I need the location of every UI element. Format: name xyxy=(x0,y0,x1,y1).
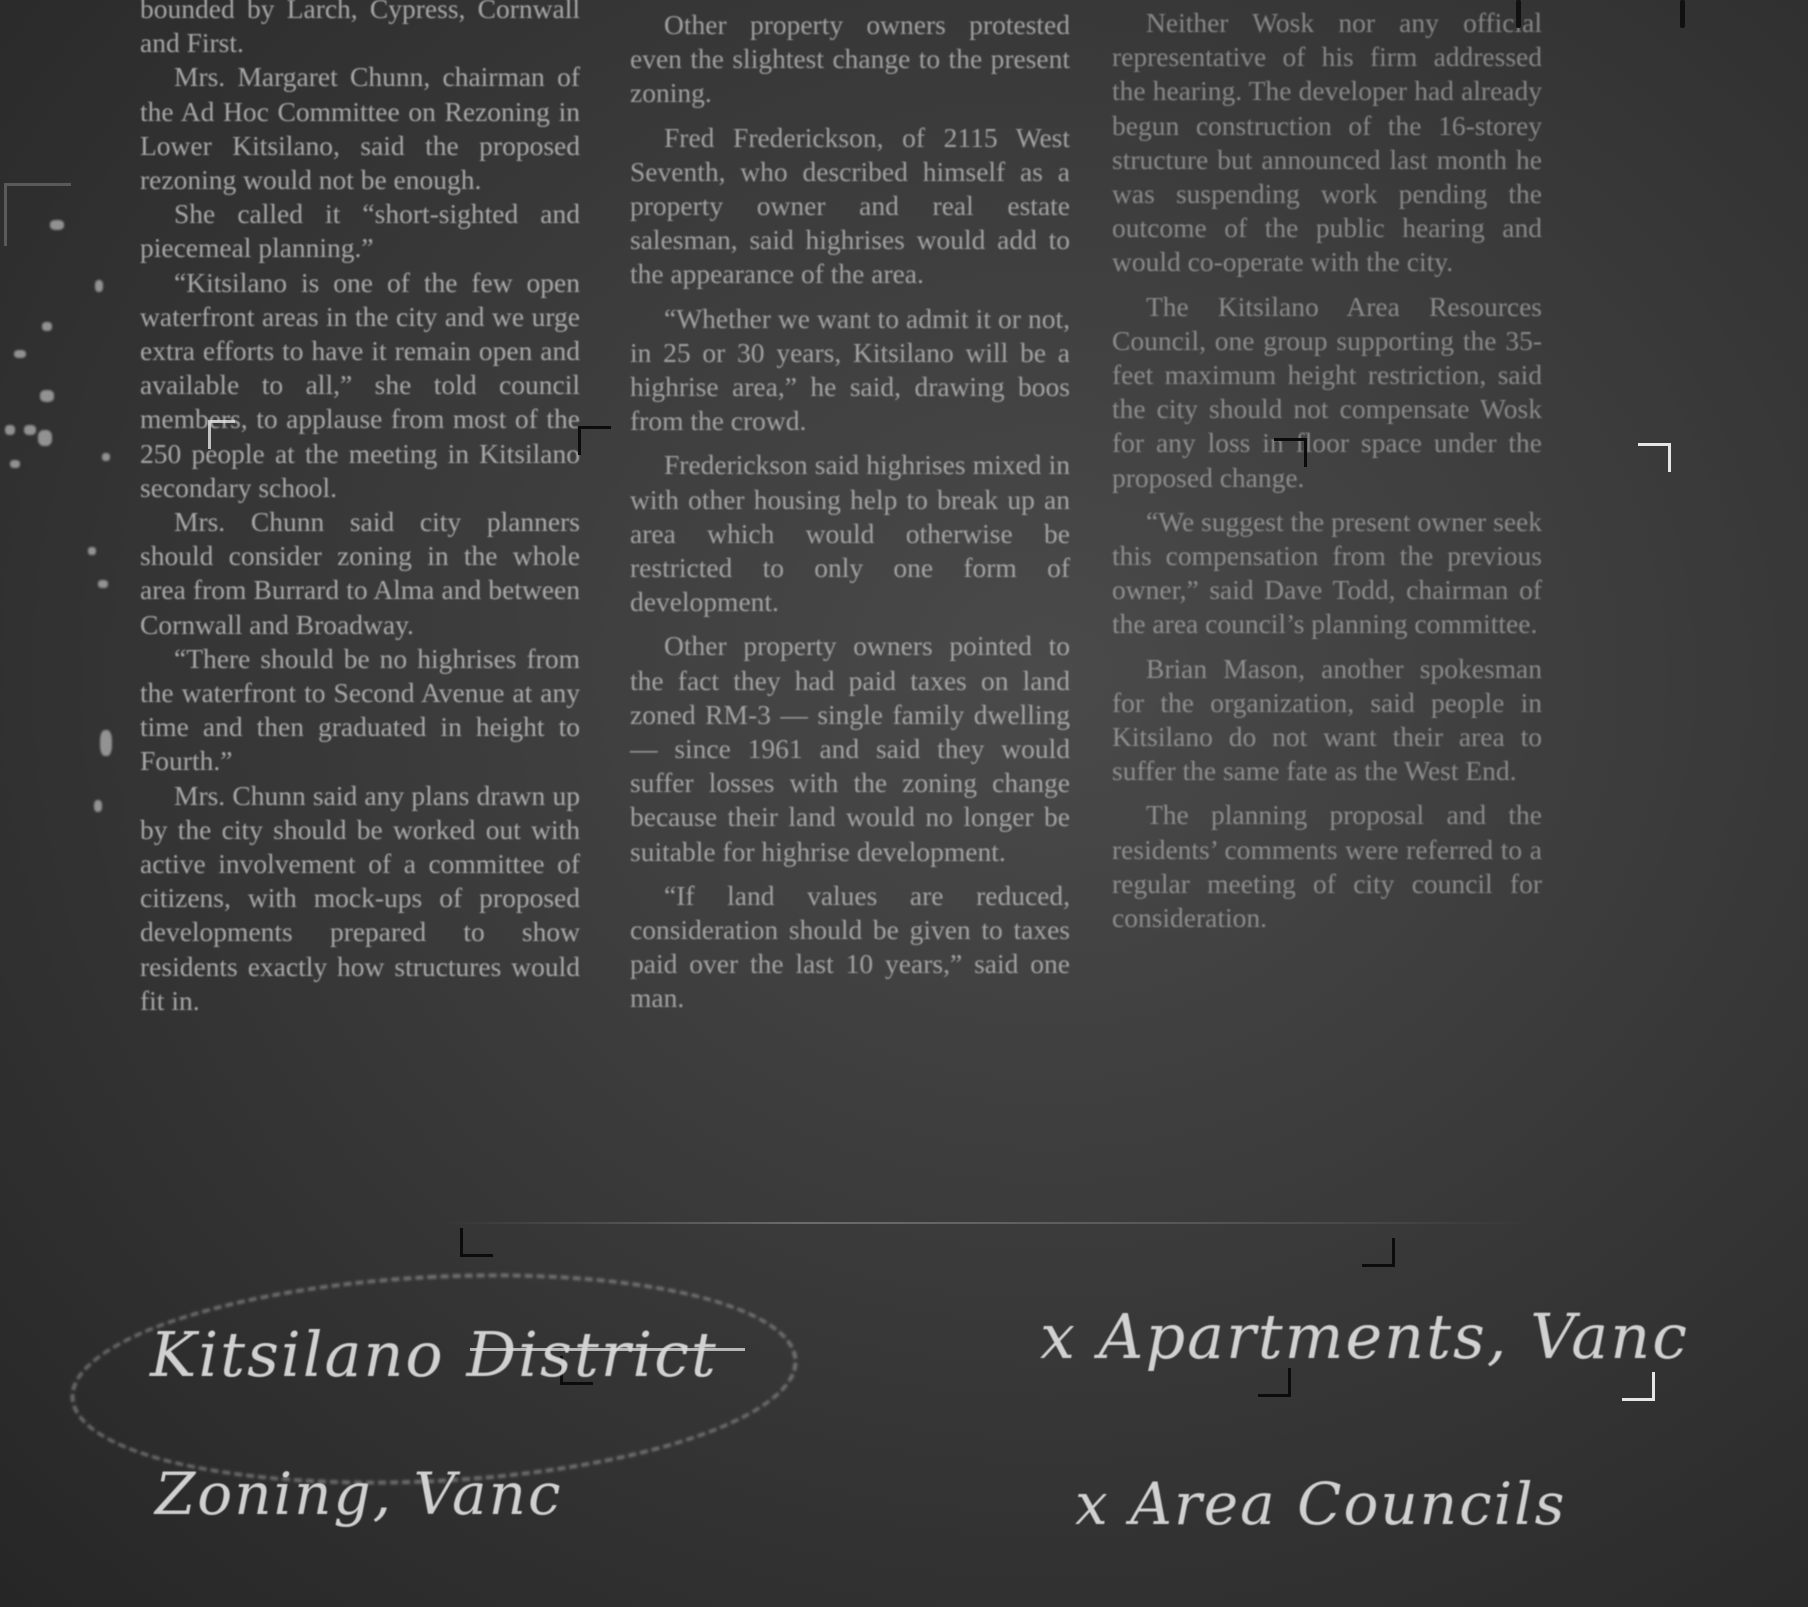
dust-speck xyxy=(42,322,52,331)
film-tick xyxy=(1516,0,1521,28)
film-tick xyxy=(1680,0,1685,28)
paragraph: Mrs. Chunn said any plans drawn up by th… xyxy=(140,779,580,1018)
article-column-2: Other property owners protested even the… xyxy=(630,8,1070,1016)
paragraph: “If land values are reduced, considerati… xyxy=(630,879,1070,1016)
article-column-3: Neither Wosk nor any official representa… xyxy=(1112,6,1542,935)
microfilm-page: bounded by Larch, Cypress, Cornwall and … xyxy=(0,0,1808,1607)
paragraph: Other property owners pointed to the fac… xyxy=(630,629,1070,868)
dust-speck xyxy=(5,425,15,435)
dust-speck xyxy=(88,547,96,555)
article-column-1: bounded by Larch, Cypress, Cornwall and … xyxy=(140,0,580,1018)
paragraph: bounded by Larch, Cypress, Cornwall and … xyxy=(140,0,580,60)
paragraph: The planning proposal and the residents’… xyxy=(1112,798,1542,935)
crop-mark xyxy=(1638,443,1671,472)
paragraph: “There should be no highrises from the w… xyxy=(140,642,580,779)
crop-mark xyxy=(4,183,71,246)
paragraph: “We suggest the present owner seek this … xyxy=(1112,505,1542,642)
crop-mark xyxy=(1274,438,1307,467)
paragraph: Brian Mason, another spokesman for the o… xyxy=(1112,652,1542,789)
dust-speck xyxy=(40,390,54,402)
annotation-apartments-vanc: x Apartments, Vanc xyxy=(1040,1300,1689,1373)
paragraph: The Kitsilano Area Resources Council, on… xyxy=(1112,290,1542,495)
crop-mark xyxy=(1362,1238,1395,1267)
dust-speck xyxy=(38,430,52,446)
paragraph: Mrs. Margaret Chunn, chairman of the Ad … xyxy=(140,60,580,197)
paragraph: “Whether we want to admit it or not, in … xyxy=(630,302,1070,439)
paragraph: Neither Wosk nor any official representa… xyxy=(1112,6,1542,280)
annotation-kitsilano-district: Kitsilano District xyxy=(150,1318,718,1391)
crop-mark xyxy=(208,420,235,449)
paragraph: Other property owners protested even the… xyxy=(630,8,1070,111)
crop-mark xyxy=(1622,1372,1655,1401)
annotation-zoning-vanc: Zoning, Vanc xyxy=(155,1460,562,1528)
dust-speck xyxy=(14,350,26,358)
dust-speck xyxy=(98,580,108,588)
paragraph: Fred Frederickson, of 2115 West Seventh,… xyxy=(630,121,1070,292)
crop-mark xyxy=(578,426,611,455)
strikethrough-line xyxy=(470,1348,745,1351)
paragraph: “Kitsilano is one of the few open waterf… xyxy=(140,266,580,505)
dust-speck xyxy=(50,220,64,230)
dust-speck xyxy=(102,453,110,461)
dust-speck xyxy=(24,425,36,435)
paragraph: She called it “short-sighted and pieceme… xyxy=(140,197,580,265)
dust-speck xyxy=(100,730,112,756)
dust-speck xyxy=(10,460,20,468)
paragraph: Mrs. Chunn said city planners should con… xyxy=(140,505,580,642)
column-bottom-rule xyxy=(440,1222,1540,1224)
annotation-area-councils: x Area Councils xyxy=(1075,1470,1566,1538)
dust-speck xyxy=(94,800,102,812)
dust-speck xyxy=(95,280,103,292)
crop-mark xyxy=(460,1228,493,1257)
paragraph: Frederickson said highrises mixed in wit… xyxy=(630,448,1070,619)
